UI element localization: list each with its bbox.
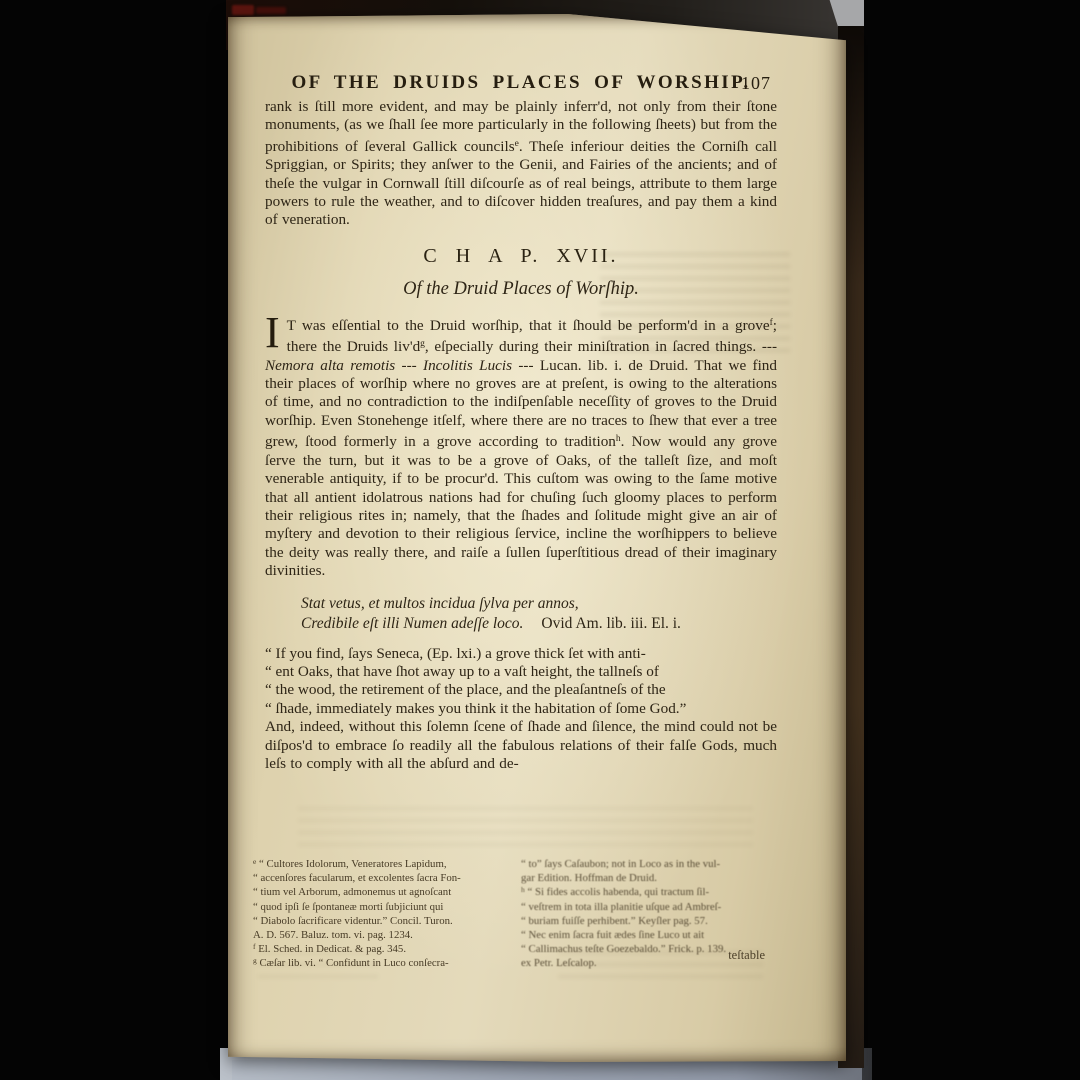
catchword: teſtable bbox=[515, 948, 765, 963]
running-header-title: OF THE DRUIDS PLACES OF WORSHIP. bbox=[291, 72, 750, 94]
footnote-text: A. D. 567. Baluz. tom. vi. pag. 1234. bbox=[253, 929, 413, 941]
footnote-line: “ accenſores facularum, et excolentes ſa… bbox=[253, 870, 507, 884]
book-photograph: OF THE DRUIDS PLACES OF WORSHIP. 107 ran… bbox=[0, 0, 1080, 1080]
footnote-text: “ Cultores Idolorum, Veneratores Lapidum… bbox=[256, 858, 446, 870]
footnote-line: e “ Cultores Idolorum, Veneratores Lapid… bbox=[253, 856, 507, 870]
latin-phrase: Nemora alta remotis --- Incolitis Lucis … bbox=[265, 357, 534, 374]
verse-attribution: Ovid Am. lib. iii. El. i. bbox=[541, 615, 681, 632]
paragraph-text: . Now would any grove ſerve the turn, bu… bbox=[265, 433, 777, 579]
footnote-text: “ tium vel Arborum, admonemus ut agnoſca… bbox=[253, 886, 451, 898]
chapter-subtitle: Of the Druid Places of Worſhip. bbox=[265, 279, 777, 300]
footnote-text: “ accenſores facularum, et excolentes ſa… bbox=[253, 872, 461, 884]
footnote-line: g Cæſar lib. vi. “ Confidunt in Luco con… bbox=[253, 955, 507, 969]
footnote-text: gar Edition. Hoffman de Druid. bbox=[521, 872, 657, 884]
footnote-line: A. D. 567. Baluz. tom. vi. pag. 1234. bbox=[253, 927, 507, 941]
verse-line: Credibile eſt illi Numen adeſſe loco.Ovi… bbox=[301, 614, 777, 635]
footnote-text: “ veſtrem in tota illa planitie uſque ad… bbox=[521, 901, 721, 913]
footnote-line: “ Nec enim ſacra fuit ædes ſine Luco ut … bbox=[521, 927, 775, 941]
footnote-text: “ to” ſays Caſaubon; not in Loco as in t… bbox=[521, 858, 720, 870]
footnote-text: “ buriam fuiſſe perhibent.” Keyſler pag.… bbox=[521, 915, 708, 927]
footnote-line: h “ Si fides accolis habenda, qui tractu… bbox=[521, 884, 775, 898]
seneca-quotation: “ If you find, ſays Seneca, (Ep. lxi.) a… bbox=[265, 645, 777, 774]
footnote-line: “ buriam fuiſſe perhibent.” Keyſler pag.… bbox=[521, 913, 775, 927]
paragraph-main: IT was eſſential to the Druid worſhip, t… bbox=[265, 314, 777, 581]
drop-cap: I bbox=[265, 314, 287, 351]
page-edge-stain bbox=[256, 7, 286, 14]
paragraph-text: T was eſſential to the Druid worſhip, th… bbox=[287, 317, 770, 334]
quote-line: “ If you find, ſays Seneca, (Ep. lxi.) a… bbox=[265, 645, 777, 663]
footnote-line: “ veſtrem in tota illa planitie uſque ad… bbox=[521, 899, 775, 913]
book-page: OF THE DRUIDS PLACES OF WORSHIP. 107 ran… bbox=[228, 14, 846, 1062]
footnote-column-left: e “ Cultores Idolorum, Veneratores Lapid… bbox=[253, 856, 507, 970]
footnote-text: “ Nec enim ſacra fuit ædes ſine Luco ut … bbox=[521, 929, 704, 941]
footnote-line: gar Edition. Hoffman de Druid. bbox=[521, 870, 775, 884]
verse-line: Stat vetus, et multos incidua ſylva per … bbox=[301, 594, 777, 615]
paragraph-continuation: rank is ſtill more evident, and may be p… bbox=[265, 98, 777, 230]
quote-line: “ ſhade, immediately makes you think it … bbox=[265, 700, 777, 718]
table-surface-edge bbox=[232, 1060, 862, 1080]
footnote-line: “ tium vel Arborum, admonemus ut agnoſca… bbox=[253, 884, 507, 898]
running-header: OF THE DRUIDS PLACES OF WORSHIP. 107 bbox=[265, 72, 777, 94]
verse-quotation: Stat vetus, et multos incidua ſylva per … bbox=[301, 594, 777, 635]
footnote-line: f El. Sched. in Dedicat. & pag. 345. bbox=[253, 941, 507, 955]
footnote-line: “ to” ſays Caſaubon; not in Loco as in t… bbox=[521, 856, 775, 870]
quote-line: “ ent Oaks, that have ſhot away up to a … bbox=[265, 663, 777, 681]
footnote-text: “ Diabolo ſacrificare videntur.” Concil.… bbox=[253, 915, 453, 927]
verse-text: Credibile eſt illi Numen adeſſe loco. bbox=[301, 615, 523, 632]
footnote-text: “ quod ipſi ſe ſpontaneæ morti ſubjiciun… bbox=[253, 901, 443, 913]
footnote-line: “ quod ipſi ſe ſpontaneæ morti ſubjiciun… bbox=[253, 899, 507, 913]
page-content: OF THE DRUIDS PLACES OF WORSHIP. 107 ran… bbox=[265, 14, 777, 773]
footnote-text: Cæſar lib. vi. “ Confidunt in Luco conſe… bbox=[257, 957, 449, 969]
quote-line: “ the wood, the retirement of the place,… bbox=[265, 681, 777, 699]
page-number: 107 bbox=[741, 73, 771, 94]
page-edge-stain bbox=[232, 5, 254, 15]
paragraph-text: , eſpecially during their miniſtration i… bbox=[425, 338, 777, 355]
chapter-heading: C H A P. XVII. bbox=[265, 245, 777, 268]
footnote-text: “ Si fides accolis habenda, qui tractum … bbox=[525, 886, 709, 898]
show-through-smudge bbox=[298, 806, 753, 846]
paragraph-closing: And, indeed, without this ſolemn ſcene o… bbox=[265, 718, 777, 773]
footnote-line: “ Diabolo ſacrificare videntur.” Concil.… bbox=[253, 913, 507, 927]
footnote-text: El. Sched. in Dedicat. & pag. 345. bbox=[256, 943, 407, 955]
